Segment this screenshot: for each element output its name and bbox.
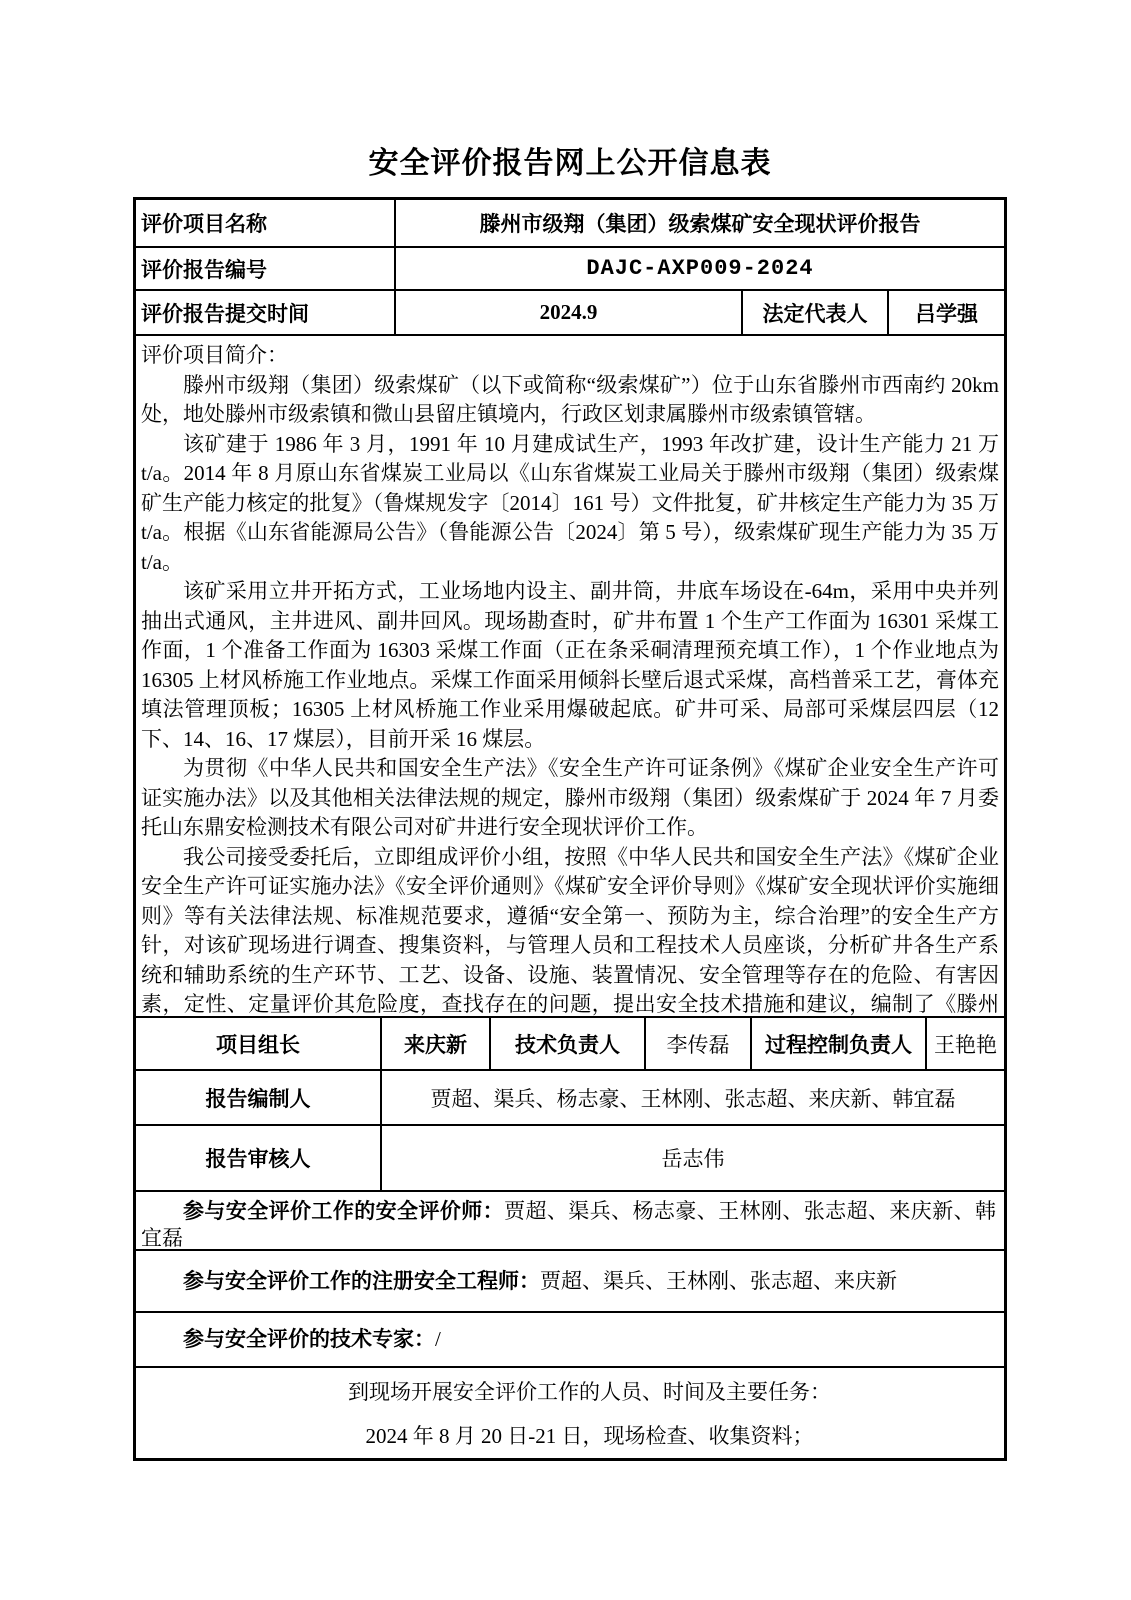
intro-paragraph: 该矿采用立井开拓方式，工业场地内设主、副井筒，井底车场设在-64m，采用中央并列… bbox=[141, 577, 999, 754]
project-name-value: 滕州市级翔（集团）级索煤矿安全现状评价报告 bbox=[480, 208, 921, 238]
reviewer-label-cell: 报告审核人 bbox=[136, 1126, 380, 1190]
tech-lead-value: 李传磊 bbox=[667, 1029, 730, 1059]
row-safety-engineers: 参与安全评价工作的注册安全工程师：贾超、渠兵、王林刚、张志超、来庆新 bbox=[136, 1249, 1004, 1311]
intro-paragraph: 该矿建于 1986 年 3 月，1991 年 10 月建成试生产，1993 年改… bbox=[141, 430, 999, 578]
project-name-label-cell: 评价项目名称 bbox=[136, 200, 394, 246]
intro-paragraph: 为贯彻《中华人民共和国安全生产法》《安全生产许可证条例》《煤矿企业安全生产许可证… bbox=[141, 754, 999, 843]
technical-experts-label: 参与安全评价的技术专家： bbox=[183, 1326, 435, 1353]
process-control-value: 王艳艳 bbox=[934, 1029, 997, 1059]
technical-experts-cell: 参与安全评价的技术专家：/ bbox=[136, 1313, 1004, 1366]
project-intro-cell: 评价项目简介： 滕州市级翔（集团）级索煤矿（以下或简称“级索煤矿”）位于山东省滕… bbox=[136, 336, 1004, 1016]
process-control-value-cell: 王艳艳 bbox=[925, 1018, 1004, 1069]
row-project-name: 评价项目名称 滕州市级翔（集团）级索煤矿安全现状评价报告 bbox=[136, 200, 1004, 246]
tech-lead-label-cell: 技术负责人 bbox=[489, 1018, 644, 1069]
tech-lead-label: 技术负责人 bbox=[515, 1029, 620, 1059]
row-technical-experts: 参与安全评价的技术专家：/ bbox=[136, 1311, 1004, 1366]
team-leader-label-cell: 项目组长 bbox=[136, 1018, 380, 1069]
intro-heading: 评价项目简介： bbox=[141, 341, 999, 371]
team-leader-value: 来庆新 bbox=[404, 1029, 467, 1059]
intro-paragraph: 我公司接受委托后，立即组成评价小组，按照《中华人民共和国安全生产法》《煤矿企业安… bbox=[141, 843, 999, 1017]
report-number-label: 评价报告编号 bbox=[141, 254, 267, 284]
authors-label-cell: 报告编制人 bbox=[136, 1071, 380, 1124]
safety-engineers-value: 贾超、渠兵、王林刚、张志超、来庆新 bbox=[540, 1268, 897, 1295]
report-number-value: DAJC-AXP009-2024 bbox=[586, 256, 813, 281]
submit-time-value-cell: 2024.9 bbox=[394, 291, 741, 334]
authors-label: 报告编制人 bbox=[206, 1083, 311, 1113]
safety-evaluators-cell: 参与安全评价工作的安全评价师：贾超、渠兵、杨志豪、王林刚、张志超、来庆新、韩宜磊 bbox=[136, 1192, 1004, 1249]
legal-rep-label: 法定代表人 bbox=[763, 298, 868, 328]
intro-paragraph: 滕州市级翔（集团）级索煤矿（以下或简称“级索煤矿”）位于山东省滕州市西南约 20… bbox=[141, 371, 999, 430]
site-work-heading: 到现场开展安全评价工作的人员、时间及主要任务： bbox=[306, 1376, 831, 1406]
process-control-label-cell: 过程控制负责人 bbox=[750, 1018, 925, 1069]
reviewer-label: 报告审核人 bbox=[206, 1143, 311, 1173]
submit-time-value: 2024.9 bbox=[540, 300, 598, 325]
row-report-authors: 报告编制人 贾超、渠兵、杨志豪、王林刚、张志超、来庆新、韩宜磊 bbox=[136, 1069, 1004, 1124]
row-project-intro: 评价项目简介： 滕州市级翔（集团）级索煤矿（以下或简称“级索煤矿”）位于山东省滕… bbox=[136, 334, 1004, 1016]
process-control-label: 过程控制负责人 bbox=[765, 1029, 912, 1059]
safety-evaluators-label: 参与安全评价工作的安全评价师： bbox=[183, 1200, 504, 1223]
technical-experts-value: / bbox=[435, 1326, 441, 1353]
legal-rep-value-cell: 吕学强 bbox=[887, 291, 1004, 334]
report-number-value-cell: DAJC-AXP009-2024 bbox=[394, 248, 1004, 289]
row-team-leads: 项目组长 来庆新 技术负责人 李传磊 过程控制负责人 王艳艳 bbox=[136, 1016, 1004, 1069]
document-page: 安全评价报告网上公开信息表 评价项目名称 滕州市级翔（集团）级索煤矿安全现状评价… bbox=[0, 0, 1131, 1600]
info-table: 评价项目名称 滕州市级翔（集团）级索煤矿安全现状评价报告 评价报告编号 DAJC… bbox=[133, 197, 1007, 1461]
row-safety-evaluators: 参与安全评价工作的安全评价师：贾超、渠兵、杨志豪、王林刚、张志超、来庆新、韩宜磊 bbox=[136, 1190, 1004, 1249]
team-leader-label: 项目组长 bbox=[216, 1029, 300, 1059]
authors-value-cell: 贾超、渠兵、杨志豪、王林刚、张志超、来庆新、韩宜磊 bbox=[380, 1071, 1004, 1124]
site-work-line: 2024 年 8 月 20 日-21 日，现场检查、收集资料； bbox=[324, 1420, 814, 1450]
safety-engineers-cell: 参与安全评价工作的注册安全工程师：贾超、渠兵、王林刚、张志超、来庆新 bbox=[136, 1251, 1004, 1311]
submit-time-label-cell: 评价报告提交时间 bbox=[136, 291, 394, 334]
row-submit-time: 评价报告提交时间 2024.9 法定代表人 吕学强 bbox=[136, 289, 1004, 334]
reviewer-value-cell: 岳志伟 bbox=[380, 1126, 1004, 1190]
legal-rep-value: 吕学强 bbox=[915, 298, 978, 328]
project-name-value-cell: 滕州市级翔（集团）级索煤矿安全现状评价报告 bbox=[394, 200, 1004, 246]
row-report-reviewer: 报告审核人 岳志伟 bbox=[136, 1124, 1004, 1190]
row-site-work: 到现场开展安全评价工作的人员、时间及主要任务： 2024 年 8 月 20 日-… bbox=[136, 1366, 1004, 1458]
legal-rep-label-cell: 法定代表人 bbox=[741, 291, 887, 334]
submit-time-label: 评价报告提交时间 bbox=[141, 298, 309, 328]
report-number-label-cell: 评价报告编号 bbox=[136, 248, 394, 289]
page-title: 安全评价报告网上公开信息表 bbox=[133, 138, 1007, 182]
project-name-label: 评价项目名称 bbox=[141, 208, 267, 238]
safety-engineers-label: 参与安全评价工作的注册安全工程师： bbox=[183, 1268, 540, 1295]
row-report-number: 评价报告编号 DAJC-AXP009-2024 bbox=[136, 246, 1004, 289]
team-leader-value-cell: 来庆新 bbox=[380, 1018, 489, 1069]
reviewer-value: 岳志伟 bbox=[662, 1143, 725, 1173]
site-work-cell: 到现场开展安全评价工作的人员、时间及主要任务： 2024 年 8 月 20 日-… bbox=[136, 1368, 1004, 1458]
authors-value: 贾超、渠兵、杨志豪、王林刚、张志超、来庆新、韩宜磊 bbox=[431, 1083, 956, 1113]
tech-lead-value-cell: 李传磊 bbox=[644, 1018, 750, 1069]
